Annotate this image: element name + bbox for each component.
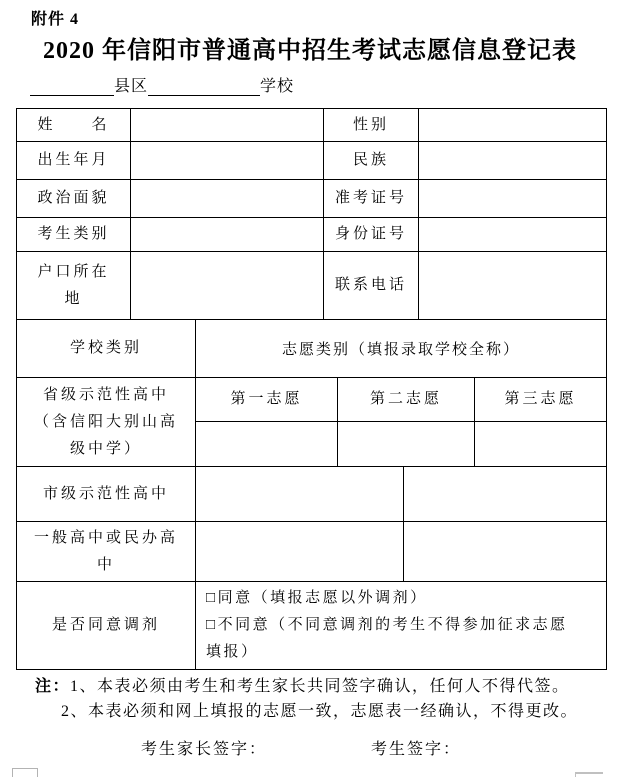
agree-option-text: 同意（填报志愿以外调剂） bbox=[218, 590, 428, 606]
candidate-type-value-cell bbox=[131, 218, 324, 252]
municipal-choice-cell-1 bbox=[196, 467, 404, 522]
exam-id-label: 准考证号 bbox=[324, 180, 419, 218]
third-choice-header: 第三志愿 bbox=[475, 378, 606, 422]
note-line-2: 2、本表必须和网上填报的志愿一致，志愿表一经确认，不得更改。 bbox=[61, 699, 595, 724]
note-prefix: 注： bbox=[35, 678, 70, 695]
general-school-label: 一般高中或民办高 中 bbox=[17, 522, 196, 582]
agree-option: □同意（填报志愿以外调剂） bbox=[206, 585, 428, 612]
general-choice-cell-2 bbox=[404, 522, 606, 582]
adjustment-options-cell: □同意（填报志愿以外调剂） □不同意（不同意调剂的考生不得参加征求志愿填报） bbox=[196, 582, 606, 669]
scan-artifact-box bbox=[12, 768, 38, 777]
note-item-2: 2、本表必须和网上填报的志愿一致，志愿表一经确认，不得更改。 bbox=[61, 703, 578, 720]
signature-row: 考生家长签字： 考生签字： bbox=[0, 736, 620, 759]
school-type-label: 学校类别 bbox=[17, 320, 196, 378]
school-blank-line bbox=[148, 75, 260, 96]
first-choice-header: 第一志愿 bbox=[196, 378, 338, 422]
provincial-school-label: 省级示范性高中 （含信阳大别山高 级中学） bbox=[17, 378, 196, 467]
disagree-option-text: 不同意（不同意调剂的考生不得参加征求志愿填报） bbox=[206, 617, 568, 660]
adjustment-consent-label: 是否同意调剂 bbox=[17, 582, 196, 669]
phone-value-cell bbox=[419, 252, 606, 320]
name-value-cell bbox=[131, 109, 324, 142]
general-choice-cell-1 bbox=[196, 522, 404, 582]
municipal-choice-cell-2 bbox=[404, 467, 606, 522]
parent-signature-label: 考生家长签字： bbox=[141, 736, 267, 759]
id-number-value-cell bbox=[419, 218, 606, 252]
candidate-type-label: 考生类别 bbox=[17, 218, 131, 252]
birthdate-value-cell bbox=[131, 142, 324, 180]
residence-label: 户口所在 地 bbox=[17, 252, 131, 320]
gender-label: 性别 bbox=[324, 109, 419, 142]
attachment-label: 附件 4 bbox=[31, 6, 79, 29]
disagree-option: □不同意（不同意调剂的考生不得参加征求志愿填报） bbox=[206, 612, 578, 666]
registration-form-table: 姓 名 性别 出生年月 民族 政治面貌 准考证号 考生类别 身份证号 户口所在 … bbox=[16, 108, 607, 670]
county-label: 县区 bbox=[114, 73, 148, 96]
second-choice-header: 第二志愿 bbox=[338, 378, 475, 422]
note-item-1: 1、本表必须由考生和考生家长共同签字确认，任何人不得代签。 bbox=[70, 678, 570, 695]
agree-checkbox-icon: □ bbox=[206, 590, 218, 606]
gender-value-cell bbox=[419, 109, 606, 142]
notes-block: 注：1、本表必须由考生和考生家长共同签字确认，任何人不得代签。 2、本表必须和网… bbox=[35, 674, 595, 724]
ethnicity-label: 民族 bbox=[324, 142, 419, 180]
id-number-label: 身份证号 bbox=[324, 218, 419, 252]
municipal-school-label: 市级示范性高中 bbox=[17, 467, 196, 522]
scan-artifact-line bbox=[575, 772, 603, 777]
ethnicity-value-cell bbox=[419, 142, 606, 180]
political-status-label: 政治面貌 bbox=[17, 180, 131, 218]
birthdate-label: 出生年月 bbox=[17, 142, 131, 180]
provincial-third-choice-cell bbox=[475, 422, 606, 467]
political-status-value-cell bbox=[131, 180, 324, 218]
note-line-1: 注：1、本表必须由考生和考生家长共同签字确认，任何人不得代签。 bbox=[35, 674, 595, 699]
school-label: 学校 bbox=[260, 73, 294, 96]
student-signature-label: 考生签字： bbox=[371, 736, 461, 759]
page-title: 2020 年信阳市普通高中招生考试志愿信息登记表 bbox=[0, 30, 620, 65]
disagree-checkbox-icon: □ bbox=[206, 617, 218, 633]
provincial-second-choice-cell bbox=[338, 422, 475, 467]
phone-label: 联系电话 bbox=[324, 252, 419, 320]
volunteer-type-header: 志愿类别（填报录取学校全称） bbox=[196, 320, 606, 378]
residence-value-cell bbox=[131, 252, 324, 320]
name-label: 姓 名 bbox=[17, 109, 131, 142]
county-school-line: 县区 学校 bbox=[30, 72, 294, 96]
provincial-first-choice-cell bbox=[196, 422, 338, 467]
exam-id-value-cell bbox=[419, 180, 606, 218]
county-blank-line bbox=[30, 75, 114, 96]
